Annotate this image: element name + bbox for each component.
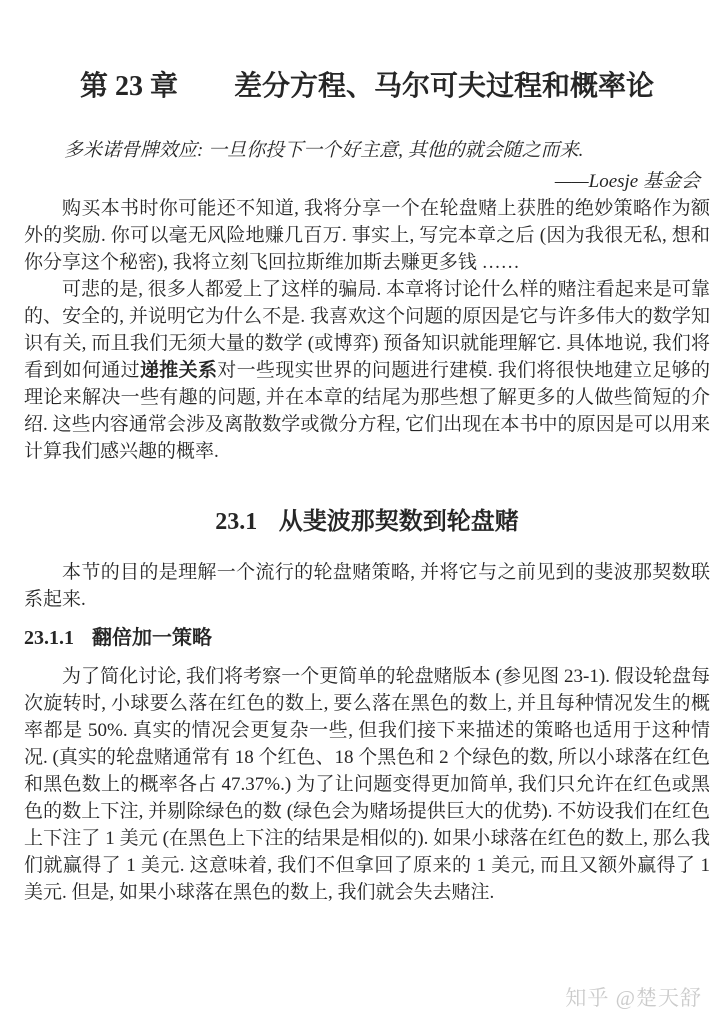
subsection-number: 23.1.1 (24, 627, 74, 649)
epigraph: 多米诺骨牌效应: 一旦你投下一个好主意, 其他的就会随之而来. ——Loesje… (24, 137, 710, 195)
subsection-body-paragraph: 为了简化讨论, 我们将考察一个更简单的轮盘赌版本 (参见图 23-1). 假设轮… (24, 663, 710, 906)
chapter-title-text: 差分方程、马尔可夫过程和概率论 (234, 71, 654, 102)
zhihu-watermark: 知乎 @楚天舒 (565, 986, 702, 1010)
paragraph-scam-discussion: 可悲的是, 很多人都爱上了这样的骗局. 本章将讨论什么样的赌注看起来是可靠的、安… (24, 276, 710, 465)
epigraph-quote: 多米诺骨牌效应: 一旦你投下一个好主意, 其他的就会随之而来. (64, 137, 710, 164)
paragraph-roulette-promise: 购买本书时你可能还不知道, 我将分享一个在轮盘赌上获胜的绝妙策略作为额外的奖励.… (24, 195, 710, 276)
section-intro-paragraph: 本节的目的是理解一个流行的轮盘赌策略, 并将它与之前见到的斐波那契数联系起来. (24, 559, 710, 613)
subsection-title-text: 翻倍加一策略 (92, 627, 212, 649)
section-heading: 23.1从斐波那契数到轮盘赌 (24, 507, 710, 537)
section-title-text: 从斐波那契数到轮盘赌 (279, 509, 519, 535)
chapter-number: 第 23 章 (80, 71, 178, 102)
epigraph-attribution: ——Loesje 基金会 (24, 168, 700, 195)
section-number: 23.1 (215, 509, 257, 535)
subsection-heading: 23.1.1翻倍加一策略 (24, 625, 710, 651)
recurrence-relation-bold-term: 递推关系 (140, 360, 217, 381)
book-page: 第 23 章差分方程、马尔可夫过程和概率论 多米诺骨牌效应: 一旦你投下一个好主… (0, 0, 720, 1033)
chapter-title: 第 23 章差分方程、马尔可夫过程和概率论 (24, 71, 710, 103)
